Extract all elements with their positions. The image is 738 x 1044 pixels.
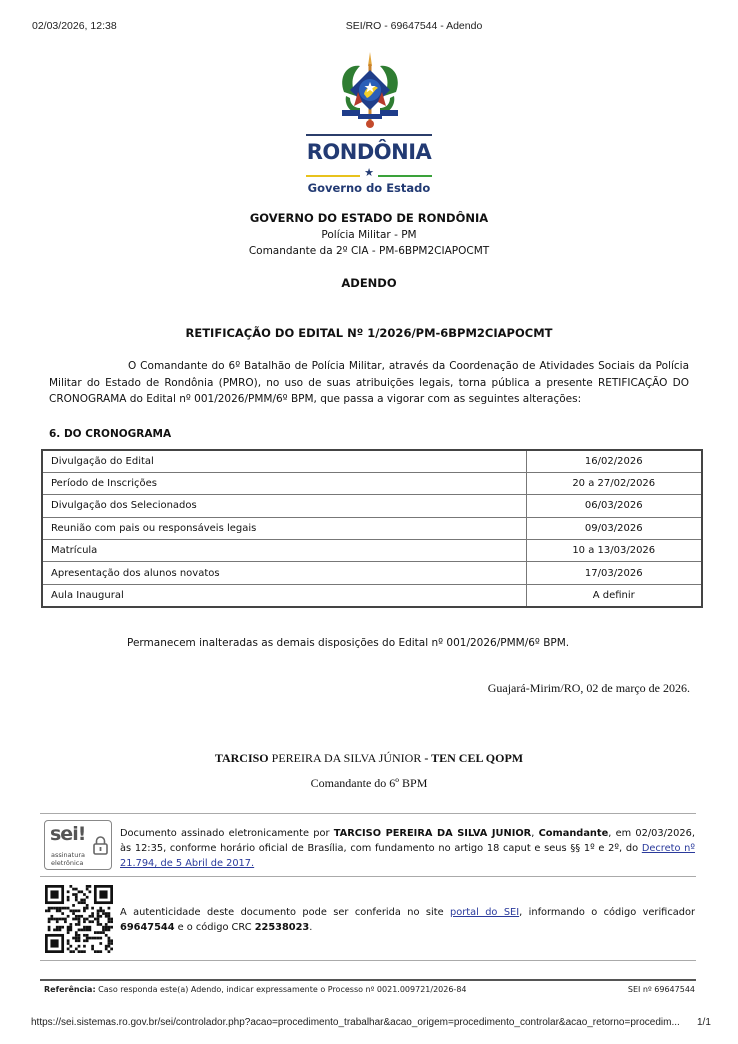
schedule-event: Aula Inaugural [42,584,526,606]
logo-subtitle: Governo do Estado [300,181,438,195]
sei-caption-2: eletrônica [51,859,83,867]
footer-ref-text: Caso responda este(a) Adendo, indicar ex… [96,985,467,994]
place-date: Guajará-Mirim/RO, 02 de março de 2026. [488,681,690,696]
table-row: Divulgação dos Selecionados06/03/2026 [42,495,702,517]
divider [40,876,696,877]
divider [40,813,696,814]
signer-name-bold: TARCISO [215,751,269,765]
esig-text-1: Documento assinado eletronicamente por [120,828,334,839]
logo-top-rule [306,134,432,136]
doc-type: ADENDO [0,276,738,290]
org-heading: GOVERNO DO ESTADO DE RONDÔNIA [0,211,738,225]
schedule-date: 17/03/2026 [526,562,702,584]
auth-text-1: A autenticidade deste documento pode ser… [120,907,450,918]
schedule-event: Período de Inscrições [42,472,526,494]
logo-green-stripe [378,175,432,177]
table-row: Apresentação dos alunos novatos17/03/202… [42,562,702,584]
logo-wordmark: RONDÔNIA [300,140,438,164]
table-row: Reunião com pais ou responsáveis legais0… [42,517,702,539]
schedule-event: Divulgação dos Selecionados [42,495,526,517]
footer-ref-label: Referência: [44,985,96,994]
sub-unit-heading: Comandante da 2º CIA - PM-6BPM2CIAPOCMT [0,245,738,257]
schedule-date: 06/03/2026 [526,495,702,517]
schedule-date: 20 a 27/02/2026 [526,472,702,494]
auth-text-3: e o código CRC [175,922,255,933]
section-title: 6. DO CRONOGRAMA [49,428,171,440]
schedule-date: 09/03/2026 [526,517,702,539]
rondonia-coat-of-arms-icon [334,52,406,130]
divider [40,960,696,961]
table-row: Matrícula10 a 13/03/2026 [42,540,702,562]
esig-signer: TARCISO PEREIRA DA SILVA JUNIOR [334,828,531,839]
sei-portal-link[interactable]: portal do SEI [450,907,519,918]
table-row: Aula InauguralA definir [42,584,702,606]
document-title: RETIFICAÇÃO DO EDITAL Nº 1/2026/PM-6BPM2… [0,326,738,340]
auth-text-2: , informando o código verificador [519,907,695,918]
schedule-event: Divulgação do Edital [42,450,526,472]
schedule-event: Reunião com pais ou responsáveis legais [42,517,526,539]
sei-logo: sei! [50,823,85,845]
unit-heading: Polícia Militar - PM [0,229,738,241]
crc-code: 22538023 [255,922,310,933]
signer-rank: - TEN CEL QOPM [424,751,523,765]
authenticity-text: A autenticidade deste documento pode ser… [120,905,695,935]
print-page-number: 1/1 [697,1017,711,1028]
schedule-date: 10 a 13/03/2026 [526,540,702,562]
star-icon: ★ [361,166,377,179]
sei-caption-1: assinatura [51,851,85,859]
intro-paragraph: O Comandante do 6º Batalhão de Polícia M… [49,358,689,408]
electronic-signature-text: Documento assinado eletronicamente por T… [120,826,695,871]
verifier-code: 69647544 [120,922,175,933]
signer-role: Comandante do 6º BPM [0,776,738,791]
schedule-date: A definir [526,584,702,606]
print-page-title: SEI/RO - 69647544 - Adendo [0,20,738,32]
schedule-date: 16/02/2026 [526,450,702,472]
footer-reference: Referência: Caso responda este(a) Adendo… [44,985,467,994]
esig-signer-role: Comandante [539,828,609,839]
footer-sei-number: SEI nº 69647544 [628,985,695,994]
esig-comma: , [531,828,538,839]
signer-name-regular: PEREIRA DA SILVA JÚNIOR [269,751,425,765]
footer-rule [40,979,696,981]
print-url: https://sei.sistemas.ro.gov.br/sei/contr… [31,1017,680,1028]
qr-code-icon [45,885,113,953]
signer-name: TARCISO PEREIRA DA SILVA JÚNIOR - TEN CE… [0,751,738,766]
closing-statement: Permanecem inalteradas as demais disposi… [127,637,569,649]
schedule-event: Matrícula [42,540,526,562]
sei-signature-badge: sei! assinatura eletrônica [44,820,112,870]
padlock-icon [93,835,108,855]
table-row: Período de Inscrições20 a 27/02/2026 [42,472,702,494]
logo-yellow-stripe [306,175,360,177]
schedule-table: Divulgação do Edital16/02/2026Período de… [41,449,703,608]
auth-text-4: . [309,922,312,933]
table-row: Divulgação do Edital16/02/2026 [42,450,702,472]
schedule-event: Apresentação dos alunos novatos [42,562,526,584]
